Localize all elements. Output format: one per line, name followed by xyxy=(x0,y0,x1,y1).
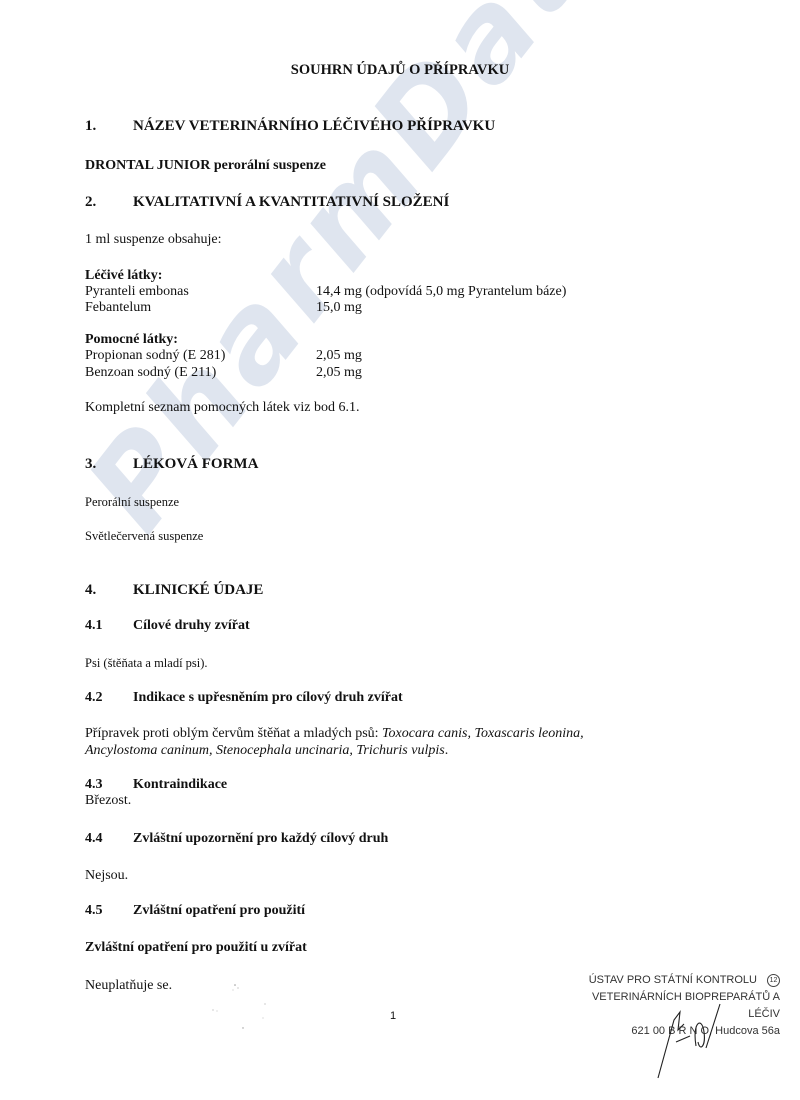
section-4-5-subheading: Zvláštní opatření pro použití u zvířat xyxy=(85,940,307,956)
dosage-form-line: Perorální suspenze xyxy=(85,495,179,510)
section-3-heading: 3.LÉKOVÁ FORMA xyxy=(85,456,258,473)
section-4-3-heading: 4.3Kontraindikace xyxy=(85,777,227,793)
section-1-heading: 1.NÁZEV VETERINÁRNÍHO LÉČIVÉHO PŘÍPRAVKU xyxy=(85,118,495,135)
section-title: NÁZEV VETERINÁRNÍHO LÉČIVÉHO PŘÍPRAVKU xyxy=(133,118,495,134)
section-number: 4.1 xyxy=(85,618,133,634)
parasite-species: Toxocara canis, Toxascaris leonina, xyxy=(382,726,584,741)
target-species-text: Psi (štěňata a mladí psi). xyxy=(85,656,208,671)
ingredient-amount: 2,05 mg xyxy=(316,365,362,381)
section-title: KLINICKÉ ÚDAJE xyxy=(133,582,263,598)
composition-intro: 1 ml suspenze obsahuje: xyxy=(85,232,221,248)
indications-text: Přípravek proti oblým červům štěňat a ml… xyxy=(85,726,382,741)
section-title: Kontraindikace xyxy=(133,777,227,792)
stamp-line-1-text: ÚSTAV PRO STÁTNÍ KONTROLU xyxy=(589,974,757,986)
section-number: 4.2 xyxy=(85,690,133,706)
document-title: SOUHRN ÚDAJŮ O PŘÍPRAVKU xyxy=(0,62,800,79)
active-substances-label: Léčivé látky: xyxy=(85,268,162,284)
section-title: Zvláštní upozornění pro každý cílový dru… xyxy=(133,831,388,846)
scan-artifacts xyxy=(205,980,295,1040)
ingredient-name: Benzoan sodný (E 211) xyxy=(85,365,216,380)
signature-icon xyxy=(640,1002,730,1082)
appearance-line: Světlečervená suspenze xyxy=(85,529,203,544)
ingredient-amount: 15,0 mg xyxy=(316,300,362,316)
ingredient-amount: 2,05 mg xyxy=(316,348,362,364)
section-number: 4.3 xyxy=(85,777,133,793)
section-number: 3. xyxy=(85,456,133,473)
section-4-5-heading: 4.5Zvláštní opatření pro použití xyxy=(85,903,305,919)
contraindications-text: Březost. xyxy=(85,793,131,809)
ingredient-name: Febantelum xyxy=(85,300,151,315)
special-warnings-text: Nejsou. xyxy=(85,868,128,884)
page-number: 1 xyxy=(390,1010,396,1022)
ingredient-row: Propionan sodný (E 281) 2,05 mg xyxy=(85,348,685,364)
indications-line-2: Ancylostoma caninum, Stenocephala uncina… xyxy=(85,743,448,759)
section-number: 4.5 xyxy=(85,903,133,919)
section-number: 4.4 xyxy=(85,831,133,847)
section-4-heading: 4.KLINICKÉ ÚDAJE xyxy=(85,582,263,599)
ingredient-row: Benzoan sodný (E 211) 2,05 mg xyxy=(85,365,685,381)
excipients-note: Kompletní seznam pomocných látek viz bod… xyxy=(85,400,360,416)
section-number: 4. xyxy=(85,582,133,599)
indications-end: . xyxy=(445,743,449,758)
section-2-heading: 2.KVALITATIVNÍ A KVANTITATIVNÍ SLOŽENÍ xyxy=(85,194,449,211)
precautions-text: Neuplatňuje se. xyxy=(85,978,172,994)
section-title: Zvláštní opatření pro použití xyxy=(133,903,305,918)
product-form: perorální suspenze xyxy=(210,158,326,173)
ingredient-amount: 14,4 mg (odpovídá 5,0 mg Pyrantelum báze… xyxy=(316,284,566,300)
indications-line-1: Přípravek proti oblým červům štěňat a ml… xyxy=(85,726,584,742)
section-title: LÉKOVÁ FORMA xyxy=(133,456,258,472)
section-4-4-heading: 4.4Zvláštní upozornění pro každý cílový … xyxy=(85,831,388,847)
document-page: PharmData s. r. o. SOUHRN ÚDAJŮ O PŘÍPRA… xyxy=(0,0,800,1100)
product-name: DRONTAL JUNIOR perorální suspenze xyxy=(85,158,326,174)
excipients-label: Pomocné látky: xyxy=(85,332,178,348)
section-title: KVALITATIVNÍ A KVANTITATIVNÍ SLOŽENÍ xyxy=(133,194,449,210)
section-number: 1. xyxy=(85,118,133,135)
section-4-1-heading: 4.1Cílové druhy zvířat xyxy=(85,618,250,634)
section-4-2-heading: 4.2Indikace s upřesněním pro cílový druh… xyxy=(85,690,403,706)
ingredient-row: Pyranteli embonas 14,4 mg (odpovídá 5,0 … xyxy=(85,284,685,300)
ingredient-row: Febantelum 15,0 mg xyxy=(85,300,685,316)
section-number: 2. xyxy=(85,194,133,211)
ingredient-name: Propionan sodný (E 281) xyxy=(85,348,225,363)
stamp-line-1: ÚSTAV PRO STÁTNÍ KONTROLU12 xyxy=(560,972,780,989)
product-name-bold: DRONTAL JUNIOR xyxy=(85,158,210,173)
section-title: Indikace s upřesněním pro cílový druh zv… xyxy=(133,690,403,705)
stamp-badge: 12 xyxy=(767,974,780,987)
parasite-species: Ancylostoma caninum, Stenocephala uncina… xyxy=(85,743,445,758)
ingredient-name: Pyranteli embonas xyxy=(85,284,189,299)
section-title: Cílové druhy zvířat xyxy=(133,618,250,633)
